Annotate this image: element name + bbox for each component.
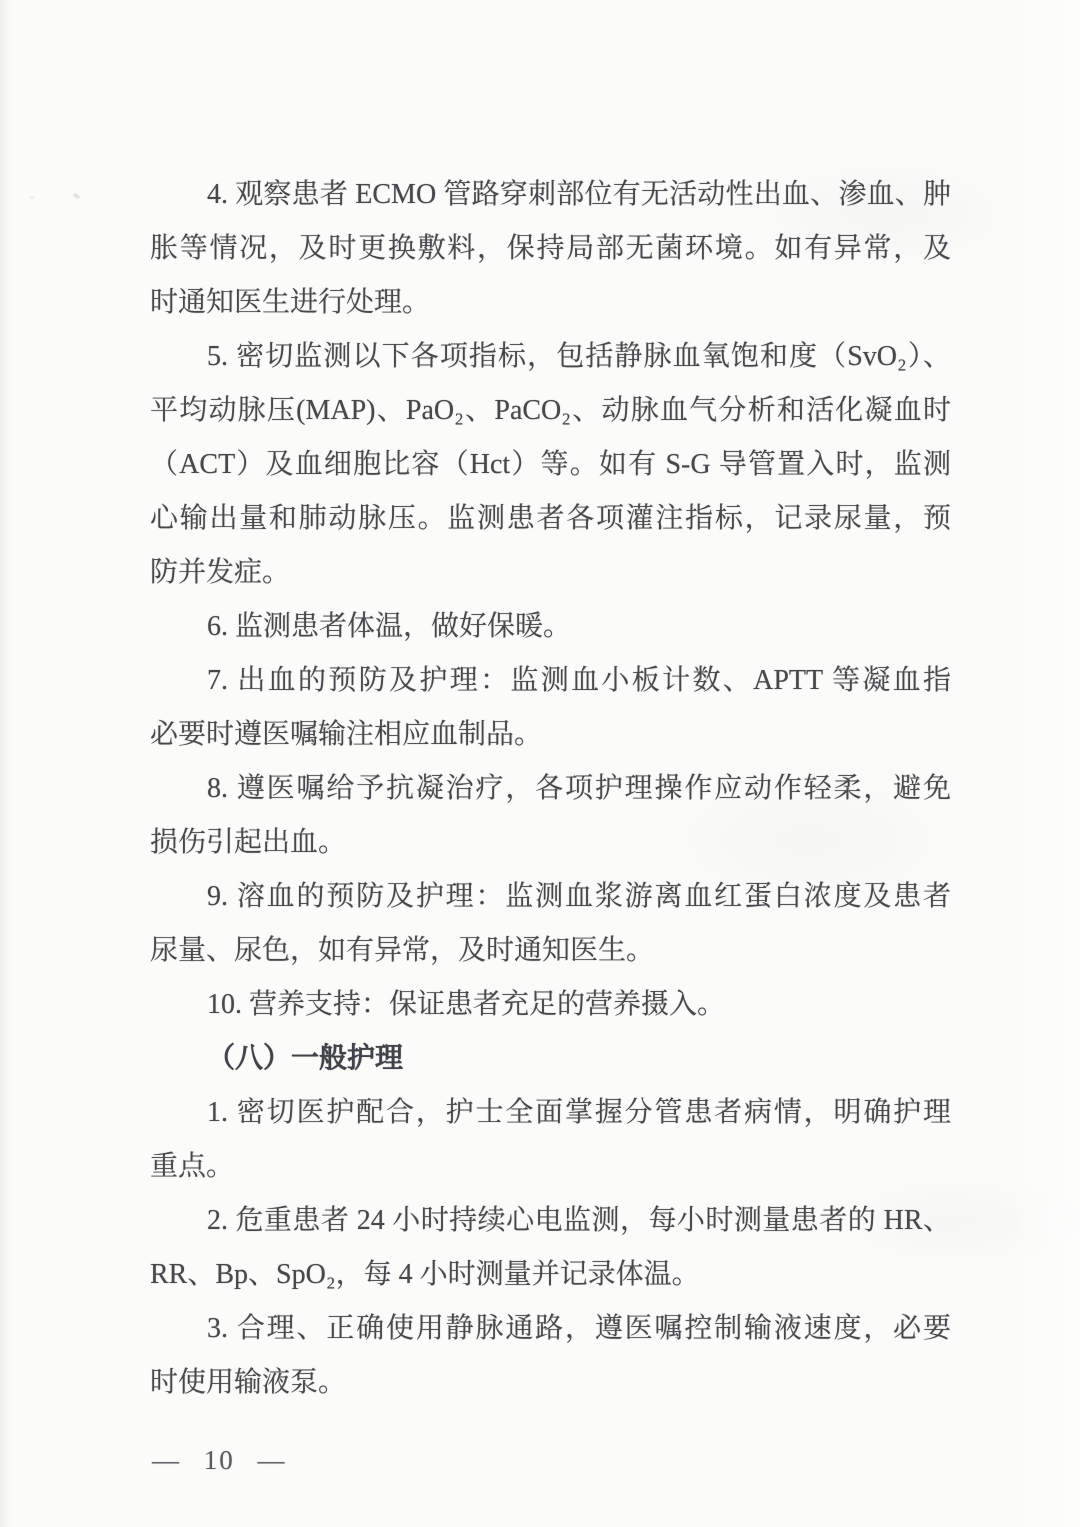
text-line: 6. 监测患者体温，做好保暖。: [150, 600, 951, 654]
text-line: （ACT）及血细胞比容（Hct）等。如有 S-G 导管置入时，监测: [150, 438, 951, 492]
text-line: 心输出量和肺动脉压。监测患者各项灌注指标，记录尿量，预: [150, 492, 951, 546]
text-line: 7. 出血的预防及护理：监测血小板计数、APTT 等凝血指标，: [150, 654, 951, 708]
text-line: 5. 密切监测以下各项指标，包括静脉血氧饱和度（SvO₂）、: [150, 330, 951, 384]
text-line: 3. 合理、正确使用静脉通路，遵医嘱控制输液速度，必要: [150, 1302, 951, 1356]
text-line: 时使用输液泵。: [150, 1356, 951, 1410]
text-line: 重点。: [150, 1140, 951, 1194]
text-line: 损伤引起出血。: [150, 816, 951, 870]
text-line: 9. 溶血的预防及护理：监测血浆游离血红蛋白浓度及患者: [150, 870, 951, 924]
page-number: — 10 —: [152, 1436, 287, 1484]
scan-speck: [72, 192, 80, 199]
section-heading: （八）一般护理: [150, 1032, 951, 1086]
text-line: 8. 遵医嘱给予抗凝治疗，各项护理操作应动作轻柔，避免: [150, 762, 951, 816]
text-line: 4. 观察患者 ECMO 管路穿刺部位有无活动性出血、渗血、肿: [150, 168, 951, 222]
text-line: 时通知医生进行处理。: [150, 276, 951, 330]
text-line: 2. 危重患者 24 小时持续心电监测，每小时测量患者的 HR、: [150, 1194, 951, 1248]
document-text-block: 4. 观察患者 ECMO 管路穿刺部位有无活动性出血、渗血、肿胀等情况，及时更换…: [150, 168, 951, 1410]
text-line: 必要时遵医嘱输注相应血制品。: [150, 708, 951, 762]
text-line: 尿量、尿色，如有异常，及时通知医生。: [150, 924, 951, 978]
text-line: 胀等情况，及时更换敷料，保持局部无菌环境。如有异常，及: [150, 222, 951, 276]
text-line: 防并发症。: [150, 546, 951, 600]
text-line: RR、Bp、SpO₂，每 4 小时测量并记录体温。: [150, 1248, 951, 1302]
text-line: 1. 密切医护配合，护士全面掌握分管患者病情，明确护理: [150, 1086, 951, 1140]
text-line: 平均动脉压(MAP)、PaO₂、PaCO₂、动脉血气分析和活化凝血时间: [150, 384, 951, 438]
scan-speck: [30, 196, 34, 199]
text-line: 10. 营养支持：保证患者充足的营养摄入。: [150, 978, 951, 1032]
